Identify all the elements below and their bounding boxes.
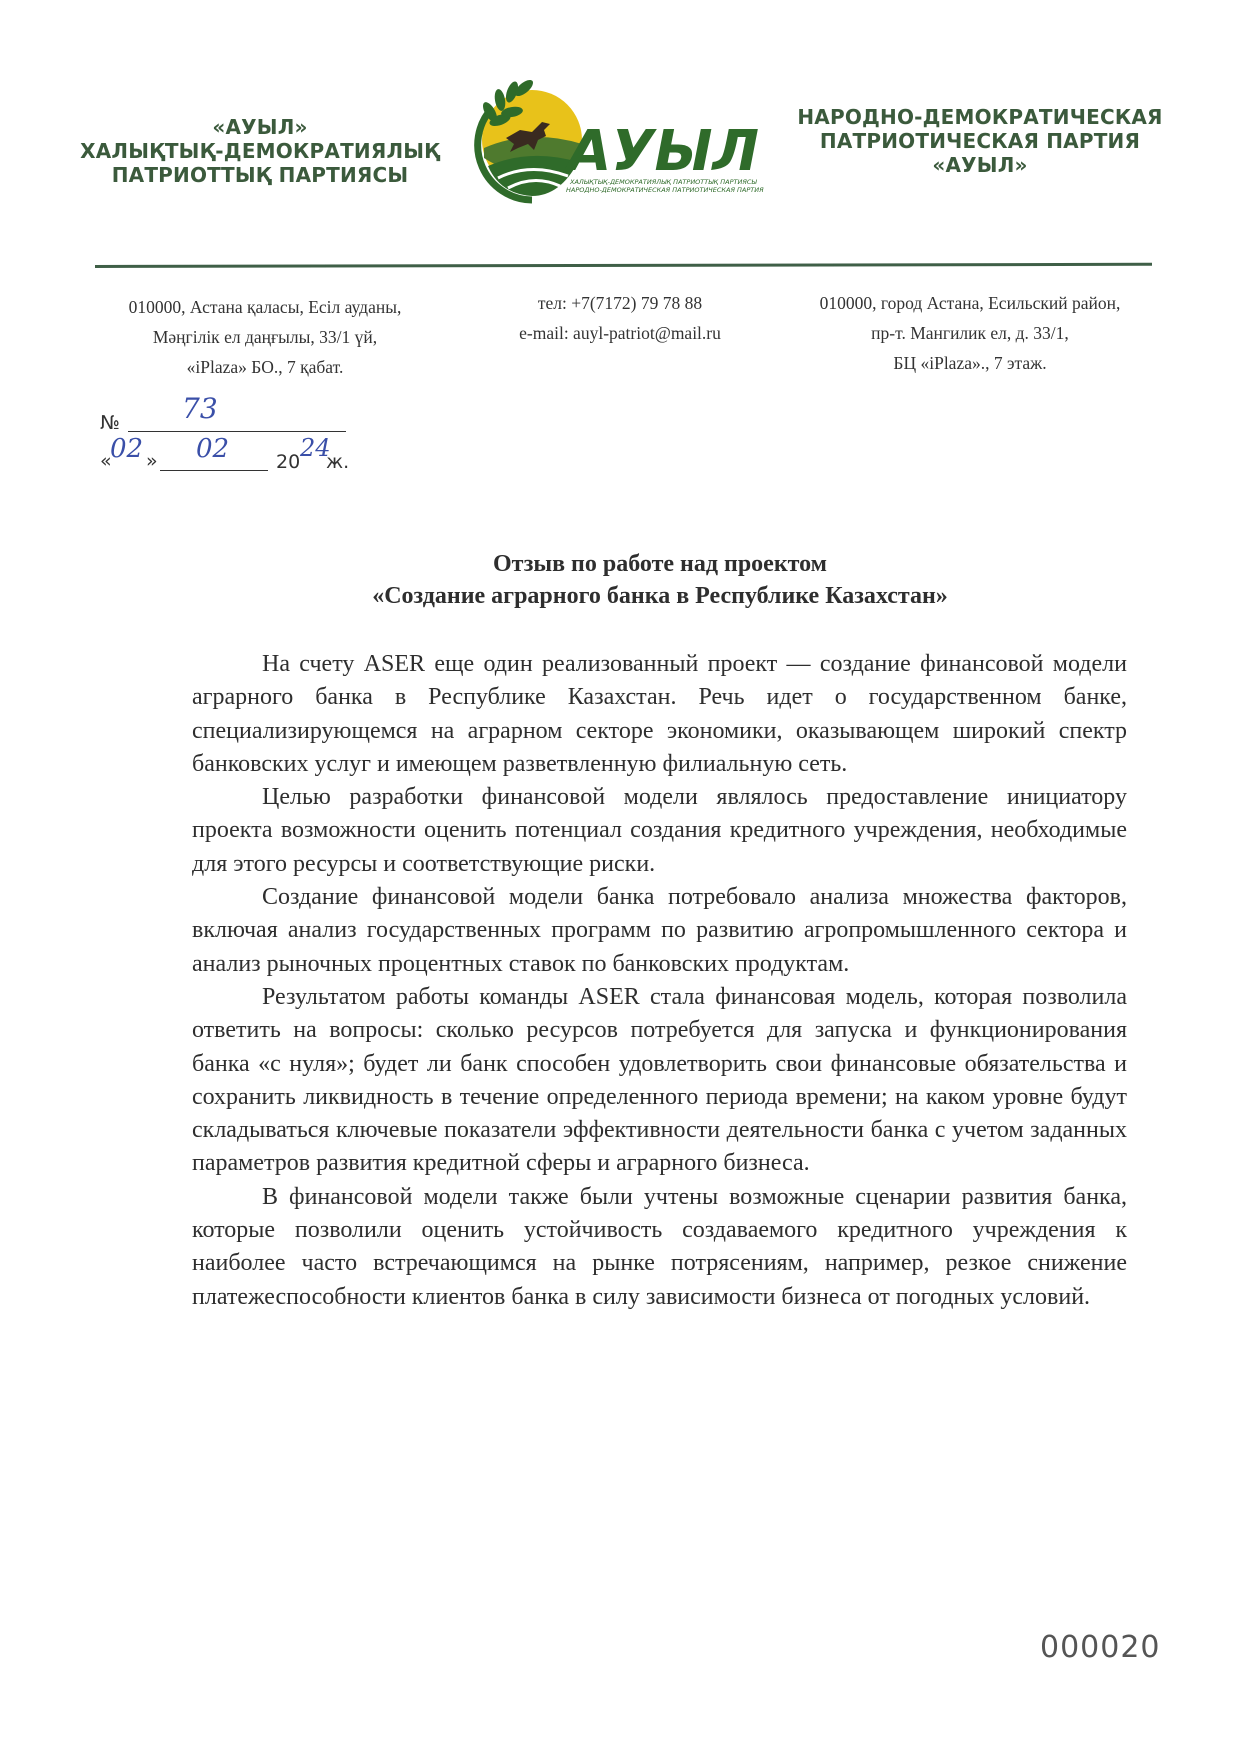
- address-ru: 010000, город Астана, Есильский район, п…: [780, 288, 1160, 378]
- party-name-kz-line-2: ХАЛЫҚТЫҚ-ДЕМОКРАТИЯЛЫҚ: [60, 139, 460, 163]
- party-name-kz: «АУЫЛ» ХАЛЫҚТЫҚ-ДЕМОКРАТИЯЛЫҚ ПАТРИОТТЫҚ…: [60, 115, 460, 187]
- page-stamp: 000020: [1040, 1630, 1161, 1665]
- document-title-line-1: Отзыв по работе над проектом: [200, 548, 1120, 580]
- address-ru-line: БЦ «iPlaza»., 7 этаж.: [780, 348, 1160, 378]
- reg-number-line: [128, 431, 346, 432]
- date-year-prefix: 20: [276, 451, 300, 473]
- document-body: На счету ASER еще один реализованный про…: [192, 648, 1127, 1314]
- paragraph: В финансовой модели также были учтены во…: [192, 1181, 1127, 1314]
- party-name-ru: НАРОДНО-ДЕМОКРАТИЧЕСКАЯ ПАТРИОТИЧЕСКАЯ П…: [780, 105, 1180, 177]
- party-name-ru-line-1: НАРОДНО-ДЕМОКРАТИЧЕСКАЯ: [780, 105, 1180, 129]
- email-address: e-mail: auyl-patriot@mail.ru: [480, 318, 760, 348]
- paragraph: Целью разработки финансовой модели являл…: [192, 781, 1127, 881]
- contact-info: тел: +7(7172) 79 78 88 e-mail: auyl-patr…: [480, 288, 760, 348]
- paragraph: На счету ASER еще один реализованный про…: [192, 648, 1127, 781]
- date-day: 02: [110, 434, 143, 464]
- phone-number: тел: +7(7172) 79 78 88: [480, 288, 760, 318]
- address-kz-line: Мәңгілік ел даңғылы, 33/1 үй,: [85, 322, 445, 352]
- date-month-line: [160, 470, 268, 471]
- address-kz-line: 010000, Астана қаласы, Есіл ауданы,: [85, 292, 445, 322]
- document-title-line-2: «Создание аграрного банка в Республике К…: [200, 580, 1120, 612]
- address-kz: 010000, Астана қаласы, Есіл ауданы, Мәңг…: [85, 292, 445, 382]
- paragraph: Результатом работы команды ASER стала фи…: [192, 981, 1127, 1181]
- party-name-ru-line-2: ПАТРИОТИЧЕСКАЯ ПАРТИЯ: [780, 129, 1180, 153]
- wheat-horse-field-emblem-icon: АУЫЛ ХАЛЫҚТЫҚ-ДЕМОКРАТИЯЛЫҚ ПАТРИОТТЫҚ П…: [470, 78, 770, 208]
- reg-number-value: 73: [182, 392, 218, 425]
- date-close-quote: »: [146, 450, 158, 472]
- party-name-ru-line-3: «АУЫЛ»: [780, 153, 1180, 177]
- address-kz-line: «iPlaza» БО., 7 қабат.: [85, 352, 445, 382]
- svg-text:ХАЛЫҚТЫҚ-ДЕМОКРАТИЯЛЫҚ ПАТРИОТ: ХАЛЫҚТЫҚ-ДЕМОКРАТИЯЛЫҚ ПАТРИОТТЫҚ ПАРТИЯ…: [569, 178, 757, 186]
- document-title: Отзыв по работе над проектом «Создание а…: [200, 548, 1120, 612]
- paragraph: Создание финансовой модели банка потребо…: [192, 881, 1127, 981]
- svg-text:НАРОДНО-ДЕМОКРАТИЧЕСКАЯ ПАТРИО: НАРОДНО-ДЕМОКРАТИЧЕСКАЯ ПАТРИОТИЧЕСКАЯ П…: [566, 186, 764, 194]
- reg-number-label: №: [100, 412, 120, 434]
- date-month: 02: [196, 434, 229, 464]
- party-name-kz-line-3: ПАТРИОТТЫҚ ПАРТИЯСЫ: [60, 163, 460, 187]
- header-divider: [95, 263, 1152, 268]
- svg-text:АУЫЛ: АУЫЛ: [564, 119, 759, 184]
- address-ru-line: пр-т. Мангилик ел, д. 33/1,: [780, 318, 1160, 348]
- party-logo: АУЫЛ ХАЛЫҚТЫҚ-ДЕМОКРАТИЯЛЫҚ ПАТРИОТТЫҚ П…: [470, 78, 770, 208]
- address-ru-line: 010000, город Астана, Есильский район,: [780, 288, 1160, 318]
- date-year-unit: ж.: [326, 451, 349, 473]
- party-name-kz-line-1: «АУЫЛ»: [60, 115, 460, 139]
